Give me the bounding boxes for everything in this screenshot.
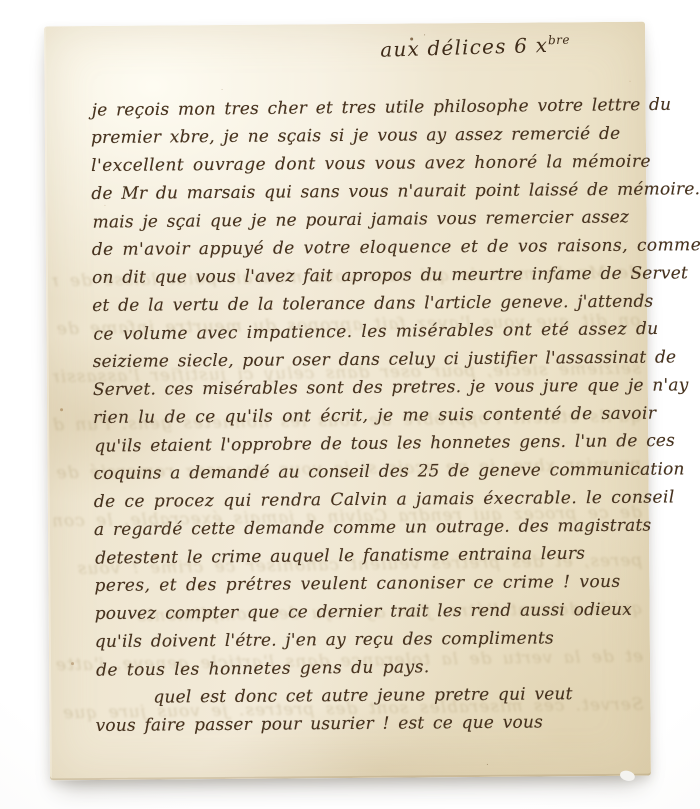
- manuscript-line: premier xbre, je ne sçais si je vous ay …: [91, 120, 653, 152]
- manuscript-paper: de Mr du marsais qui sans vous n'aurait …: [44, 22, 651, 781]
- manuscript-line: de ce procez qui rendra Calvin a jamais …: [94, 484, 656, 516]
- manuscript-line: vous faire passer pour usurier ! est ce …: [95, 708, 657, 740]
- manuscript-line: l'excellent ouvrage dont vous vous avez …: [91, 148, 653, 180]
- letter-photograph: de Mr du marsais qui sans vous n'aurait …: [0, 0, 700, 809]
- manuscript-line: qu'ils etaient l'opprobre de tous les ho…: [94, 427, 656, 461]
- manuscript-line: ce volume avec impatience. les misérable…: [93, 315, 655, 349]
- manuscript-line: seizieme siecle, pour oser dans celuy ci…: [93, 344, 655, 376]
- manuscript-line: coquins a demandé au conseil des 25 de g…: [93, 456, 655, 488]
- manuscript-line: Servet. ces misérables sont des pretres.…: [93, 372, 655, 404]
- month-superscript: bre: [548, 33, 570, 48]
- manuscript-line: on dit que vous l'avez fait apropos du m…: [92, 260, 654, 292]
- manuscript-dateline: aux délices 6 xbre: [380, 32, 571, 61]
- manuscript-text-block: je reçois mon tres cher et tres utile ph…: [91, 92, 658, 740]
- manuscript-line: je reçois mon tres cher et tres utile ph…: [92, 91, 654, 125]
- manuscript-line: quel est donc cet autre jeune pretre qui…: [95, 680, 657, 712]
- manuscript-line: detestent le crime auquel le fanatisme e…: [95, 539, 657, 573]
- manuscript-line: de m'avoir appuyé de votre eloquence et …: [92, 232, 654, 264]
- manuscript-line: mais je sçai que je ne pourai jamais vou…: [92, 203, 654, 237]
- manuscript-line: peres, et des prétres veulent canoniser …: [94, 568, 656, 600]
- dateline-text: aux délices 6 x: [380, 33, 549, 62]
- ink-specks: [44, 26, 47, 29]
- manuscript-line: pouvez compter que ce dernier trait les …: [95, 596, 657, 628]
- manuscript-line: de tous les honnetes gens du pays.: [96, 651, 658, 685]
